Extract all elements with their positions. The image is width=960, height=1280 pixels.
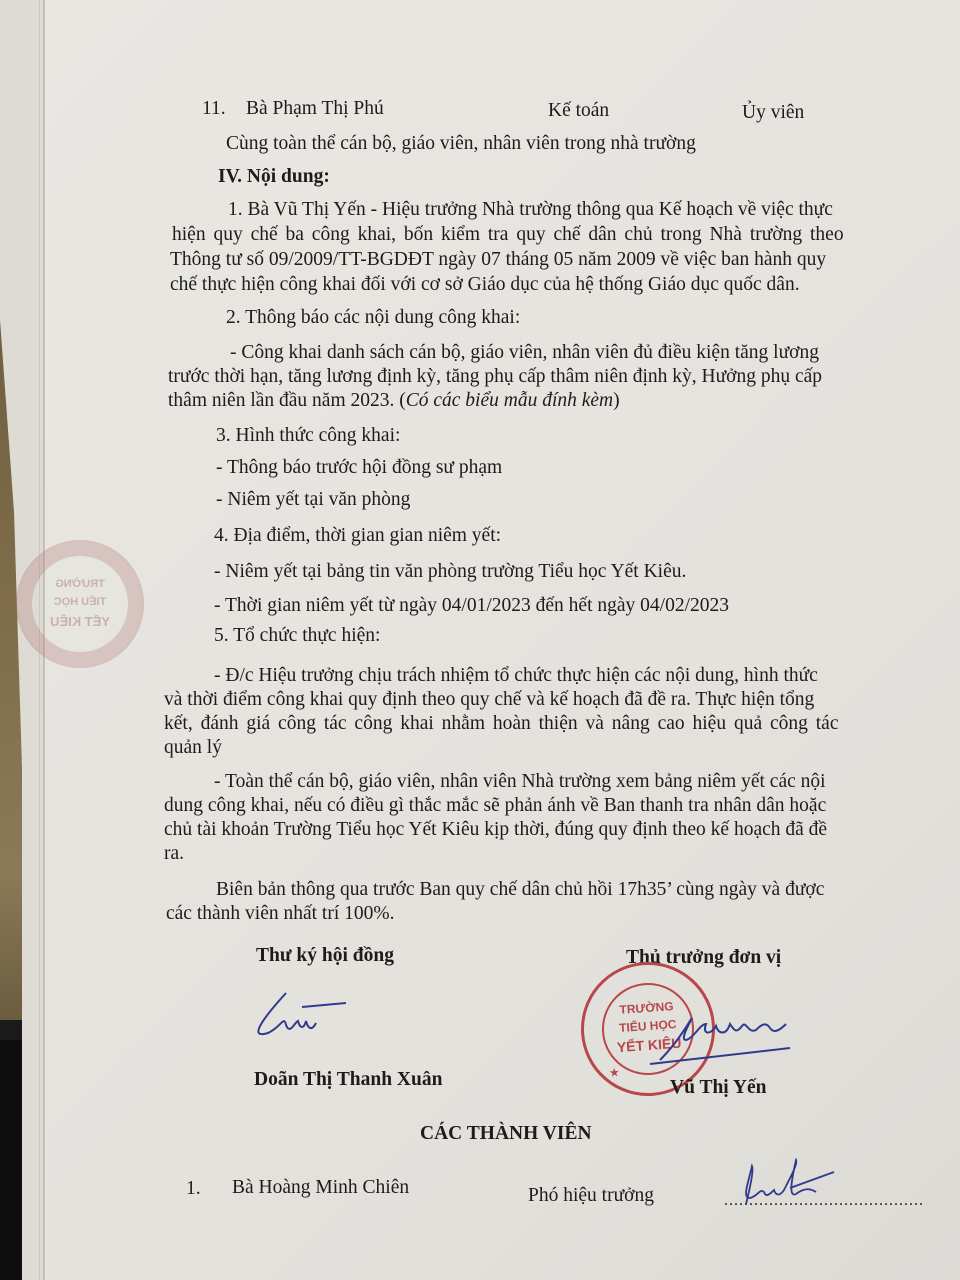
item2-line: trước thời hạn, tăng lương định kỳ, tăng… [168,365,822,388]
member-name: Bà Phạm Thị Phú [246,97,384,120]
item5-para1-line: - Đ/c Hiệu trưởng chịu trách nhiệm tổ ch… [214,664,818,687]
item3-point: - Niêm yết tại văn phòng [216,488,410,511]
members-heading: CÁC THÀNH VIÊN [420,1122,592,1145]
item4-point: - Thời gian niêm yết từ ngày 04/01/2023 … [214,594,729,617]
item2-text: ) [613,390,620,411]
member-number: 1. [186,1177,201,1200]
section-heading: IV. Nội dung: [218,165,330,188]
head-name: Vũ Thị Yến [670,1076,766,1099]
stamp-text: YẾT KIÊU [18,614,142,629]
member-signature [730,1158,840,1208]
item5-para1-line: và thời điểm công khai quy định theo quy… [164,688,814,711]
item5-para2-line: dung công khai, nếu có điều gì thắc mắc … [164,794,826,817]
secretary-signature [246,985,356,1045]
item5-para2-line: ra. [164,842,184,865]
item2-heading: 2. Thông báo các nội dung công khai: [226,306,520,329]
item1-line: hiện quy chế ba công khai, bốn kiểm tra … [172,223,844,246]
attendees-line: Cùng toàn thể cán bộ, giáo viên, nhân vi… [226,132,696,155]
member-position: Kế toán [548,99,609,122]
stamp-text: TRƯỜNG [18,578,142,590]
star-icon: ★ [608,1065,620,1081]
closing-line: Biên bản thông qua trước Ban quy chế dân… [216,878,824,901]
member-name: Bà Hoàng Minh Chiên [232,1176,409,1199]
item2-line-last: thâm niên lần đầu năm 2023. (Có các biểu… [168,389,620,412]
secretary-name: Doãn Thị Thanh Xuân [254,1068,442,1091]
item2-text: thâm niên lần đầu năm 2023. ( [168,390,406,411]
member-position: Phó hiệu trưởng [528,1184,654,1207]
item1-line: chế thực hiện công khai đối với cơ sở Gi… [170,273,800,296]
member-role: Ủy viên [742,101,804,124]
item5-para1-line: quản lý [164,736,222,759]
item5-heading: 5. Tổ chức thực hiện: [214,624,380,647]
item3-heading: 3. Hình thức công khai: [216,424,400,447]
item5-para1-line: kết, đánh giá công tác công khai nhằm ho… [164,712,839,735]
item2-line: - Công khai danh sách cán bộ, giáo viên,… [230,341,819,364]
member-number: 11. [202,97,226,120]
closing-line: các thành viên nhất trí 100%. [166,902,395,925]
item4-heading: 4. Địa điểm, thời gian gian niêm yết: [214,524,501,547]
stamp-text: TIỂU HỌC [18,596,142,608]
item1-line: Thông tư số 09/2009/TT-BGDĐT ngày 07 thá… [170,248,826,271]
item5-para2-line: - Toàn thể cán bộ, giáo viên, nhân viên … [214,770,826,793]
item5-para2-line: chủ tài khoản Trường Tiểu học Yết Kiêu k… [164,818,827,841]
faint-stamp-mark: TRƯỜNG TIỂU HỌC YẾT KIÊU [16,540,144,668]
secretary-title: Thư ký hội đồng [256,944,394,967]
document-page [44,0,960,1280]
item3-point: - Thông báo trước hội đồng sư phạm [216,456,502,479]
item1-line: 1. Bà Vũ Thị Yến - Hiệu trưởng Nhà trườn… [228,198,833,221]
attachment-note: Có các biểu mẫu đính kèm [406,390,613,411]
head-signature [630,1000,810,1070]
item4-point: - Niêm yết tại bảng tin văn phòng trường… [214,560,686,583]
